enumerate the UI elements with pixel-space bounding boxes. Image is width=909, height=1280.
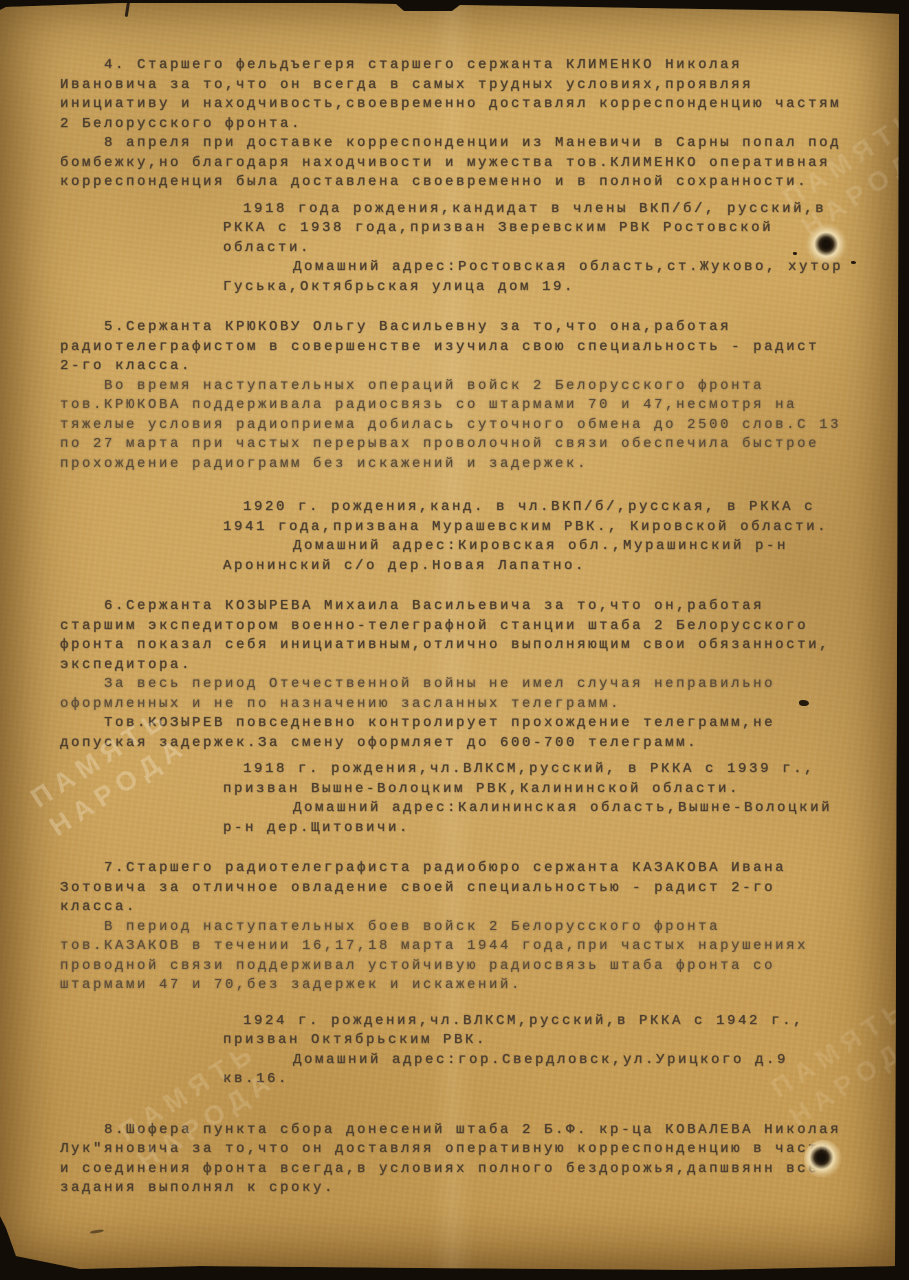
paragraph-birth-data: 1918 г. рождения,чл.ВЛКСМ,русский, в РКК… bbox=[223, 760, 852, 799]
paper-speck bbox=[851, 261, 856, 264]
section-5: 5.Сержанта КРЮКОВУ Ольгу Васильевну за т… bbox=[60, 318, 852, 576]
paragraph-birth-data: 1924 г. рождения,чл.ВЛКСМ,русский,в РККА… bbox=[223, 1012, 852, 1051]
scan-background: { "watermark": { "text": "ПАМЯТЬ НАРОДА"… bbox=[0, 0, 909, 1280]
typed-text: 4. Старшего фельдъегеря старшего сержант… bbox=[60, 56, 852, 1199]
paper-speck bbox=[90, 1229, 104, 1234]
paragraph: 6.Сержанта КОЗЫРЕВА Михаила Васильевича … bbox=[60, 597, 852, 675]
paper-speck bbox=[799, 700, 809, 706]
pen-mark bbox=[125, 0, 131, 17]
document-page: 4. Старшего фельдъегеря старшего сержант… bbox=[0, 0, 909, 1280]
paragraph: 7.Старшего радиотелеграфиста радиобюро с… bbox=[60, 859, 852, 918]
paragraph-home-address: Домашний адрес:Ростовская область,ст.Жук… bbox=[223, 258, 852, 297]
paragraph-birth-data: 1920 г. рождения,канд. в чл.ВКП/б/,русск… bbox=[223, 498, 852, 537]
paragraph: Во время наступательных операций войск 2… bbox=[60, 377, 852, 475]
paragraph: Тов.КОЗЫРЕВ повседневно контролирует про… bbox=[60, 714, 852, 753]
section-7: 7.Старшего радиотелеграфиста радиобюро с… bbox=[60, 859, 852, 1090]
paragraph-home-address: Домашний адрес:гор.Свердловск,ул.Урицког… bbox=[223, 1051, 852, 1090]
paragraph: За весь период Отечественной войны не им… bbox=[60, 675, 852, 714]
ink-blot bbox=[804, 1140, 842, 1178]
ink-blot bbox=[806, 224, 850, 268]
section-4: 4. Старшего фельдъегеря старшего сержант… bbox=[60, 56, 852, 297]
paragraph-home-address: Домашний адрес:Калининская область,Вышне… bbox=[223, 799, 852, 838]
paragraph: В период наступательных боев войск 2 Бел… bbox=[60, 918, 852, 996]
paragraph: 5.Сержанта КРЮКОВУ Ольгу Васильевну за т… bbox=[60, 318, 852, 377]
paragraph-home-address: Домашний адрес:Кировская обл.,Мурашински… bbox=[223, 537, 852, 576]
section-8: 8.Шофера пункта сбора донесений штаба 2 … bbox=[60, 1121, 852, 1199]
paragraph: 8.Шофера пункта сбора донесений штаба 2 … bbox=[60, 1121, 852, 1199]
paragraph: 4. Старшего фельдъегеря старшего сержант… bbox=[60, 56, 852, 134]
paper-speck bbox=[793, 252, 797, 255]
paragraph: 8 апреля при доставке корреспонденции из… bbox=[60, 134, 852, 193]
section-6: 6.Сержанта КОЗЫРЕВА Михаила Васильевича … bbox=[60, 597, 852, 838]
paragraph-birth-data: 1918 года рождения,кандидат в члены ВКП/… bbox=[223, 200, 852, 259]
